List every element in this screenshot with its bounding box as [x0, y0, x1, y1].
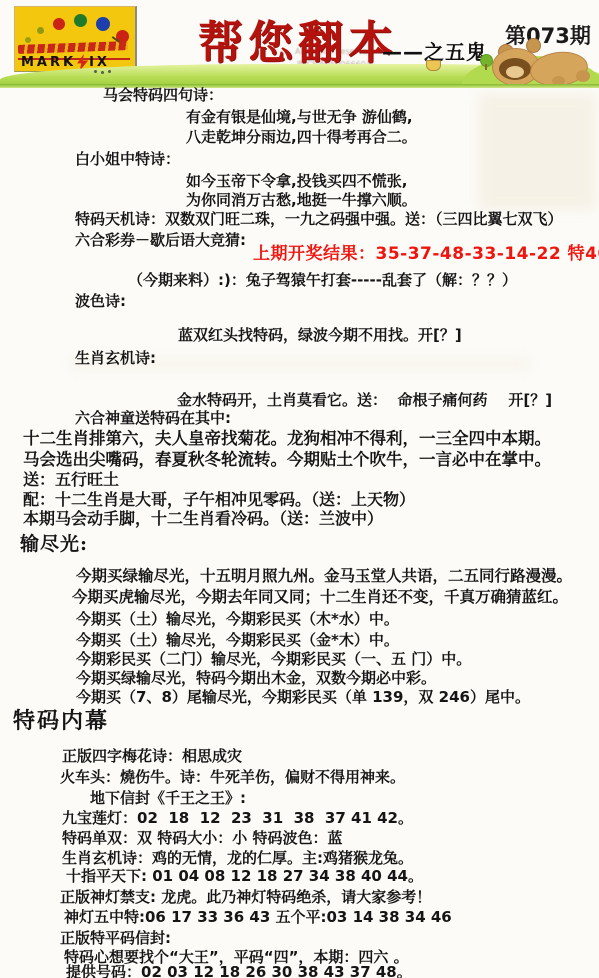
logo-dot-red [53, 18, 65, 30]
section-heading-shujinguang: 输尽光: [20, 533, 88, 556]
logo-dot-green [74, 14, 87, 27]
label-shentong: 六合神童送特码在其中: [75, 409, 231, 427]
scan-tint [478, 94, 596, 210]
ellipsis-dots [94, 70, 114, 74]
text-line: 今期买（土）输尽光，今期彩民买（木*水）中。 [76, 610, 399, 628]
poem-line: 如今玉帝下令拿,投钱买四不慌张, [186, 172, 407, 190]
logo-red-band [18, 41, 128, 54]
text-line: 今期买绿输尽光，十五明月照九州。金马玉堂人共语，二五同行路漫漫。 [76, 567, 572, 586]
provided-numbers: 提供号码：02 03 12 18 26 30 38 43 37 48。 [66, 963, 412, 978]
logo-dot [37, 27, 44, 34]
zodiac-poem-line: 金水特码开，土肖莫看它。送： 命根子痛何药 开[？] [177, 391, 552, 409]
lottery-tip-sheet: MARKIX All Rights Reserved. 粤ICP备0500666… [0, 0, 599, 978]
last-draw-result: 上期开奖结果：35-37-48-33-14-22 特40 [253, 244, 599, 264]
label-bose-poem: 波色诗: [75, 292, 126, 310]
odd-even-size-color: 特码单双：双 特码大小：小 特码波色：蓝 [62, 829, 342, 847]
lotus-lamp-numbers: 九宝莲灯：02 18 12 23 31 38 37 41 42。 [62, 809, 413, 827]
teddy-bear-image [492, 36, 599, 86]
section-heading-tema-neimu: 特码内幕 [13, 708, 109, 734]
text-line: 今期彩民买（二门）输尽光，今期彩民买（一、五 门）中。 [76, 650, 471, 668]
text-line: 马会选出尖嘴码，春夏秋冬轮流转。今期贴土个吹牛，一言必中在掌中。 [23, 450, 551, 470]
label-miss-white-poem: 白小姐中特诗： [75, 150, 180, 168]
basket-icon [426, 60, 441, 71]
lamp-five-special: 神灯五中特:06 17 33 36 43 五个平:03 14 38 34 46 [64, 908, 452, 926]
grass-edge [0, 84, 599, 88]
label-hkjc-poem: 马会特码四句诗： [103, 86, 223, 104]
lamp-ban-line: 正版神灯禁支: 龙虎。此乃神灯特码绝杀，请大家参考！ [60, 888, 431, 906]
text-line: 今期买虎输尽光，今期去年同又同；十二生肖还不变，千真万确猜蓝红。 [72, 588, 568, 607]
ten-finger-numbers: 十指平天下: 01 04 08 12 18 27 34 38 40 44。 [66, 867, 423, 885]
logo-dot [25, 37, 31, 43]
text-line: 配：十二生肖是大哥，子午相冲见零码。（送：上天物） [23, 490, 415, 509]
text-line: 今期买（7、8）尾输尽光，今期彩民买（单 139，双 246）尾中。 [76, 688, 530, 706]
label-zodiac-poem: 生肖玄机诗: [75, 349, 156, 367]
label-envelope: 地下信封《千王之王》: [90, 789, 246, 807]
riddle-line: （今期来料）:)：兔子驾猿午打套-----乱套了（解：？？） [128, 271, 517, 289]
page-title: 帮您翻本 [198, 6, 398, 71]
plum-poem-line: 正版四字梅花诗：相思成灾 [62, 747, 242, 765]
logo-word-left: MARK [21, 55, 76, 70]
poem-line: 有金有银是仙境,与世无争 游仙鹤, [186, 108, 413, 126]
poem-line: 为你同消万古愁,地挺一牛撑六顺。 [186, 191, 417, 209]
text-line: 本期马会动手脚，十二生肖看冷码。（送：兰波中） [23, 509, 383, 528]
mark-six-logo: MARKIX [14, 6, 137, 72]
label-riddle-contest: 六合彩券－歇后语大竞猜: [75, 231, 246, 249]
text-line: 十二生肖排第六，夫人皇帝找菊花。龙狗相冲不得利，一三全四中本期。 [23, 429, 551, 449]
text-line: 今期买（土）输尽光，今期彩民买（金*木）中。 [76, 631, 399, 649]
bose-poem-line: 蓝双红头找特码，绿波今期不用找。开[？] [178, 326, 462, 344]
text-line: 火车头：燒伤牛。诗：牛死羊伤，偏财不得用神来。 [60, 768, 405, 786]
zodiac-mystery-line: 生肖玄机诗：鸡的无情，龙的仁厚。主:鸡猪猴龙兔。 [62, 849, 413, 867]
tianji-poem-line: 特码天机诗：双数双门旺二珠，一九之码强中强。送：（三四比翼七双飞） [75, 210, 563, 228]
label-special-envelope: 正版特平码信封: [60, 929, 171, 947]
text-line: 今期买绿输尽光，特码今期出木金，双数今期必中彩。 [76, 669, 436, 687]
text-line: 送：五行旺土 [23, 470, 119, 489]
logo-dot-blue [96, 17, 110, 31]
poem-line: 八走乾坤分雨边,四十得考再合二。 [186, 128, 417, 146]
